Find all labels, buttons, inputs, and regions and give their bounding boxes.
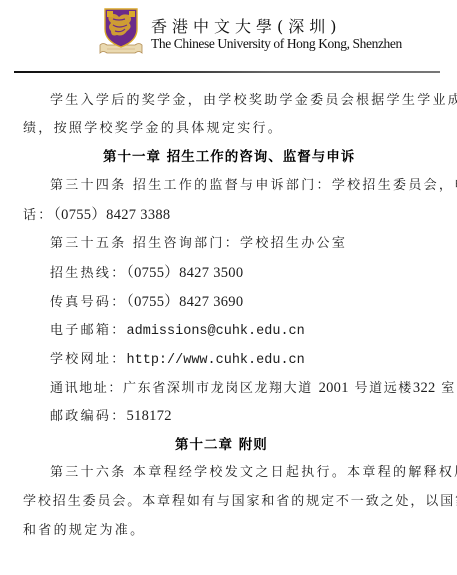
- article-34-line: 第三十四条 招生工作的监督与申诉部门：学校招生委员会，电: [50, 177, 457, 195]
- email-value: admissions@cuhk.edu.cn: [127, 324, 305, 339]
- address-row: 通讯地址：广东省深圳市龙岗区龙翔大道 2001 号道远楼322 室: [50, 379, 456, 398]
- address-text: 广东省深圳市龙岗区龙翔大道: [123, 381, 313, 396]
- phone-value: （0755）8427 3388: [54, 207, 171, 223]
- article-36-line: 第三十六条 本章程经学校发文之日起执行。本章程的解释权属: [50, 464, 457, 482]
- hotline-label: 招生热线：: [50, 266, 127, 281]
- website-row: 学校网址：http://www.cuhk.edu.cn: [50, 351, 305, 370]
- chapter-11-heading: 第十一章 招生工作的咨询、监督与申诉: [103, 148, 355, 166]
- article-36-line: 和省的规定为准。: [23, 522, 145, 540]
- paragraph-line: 绩，按照学校奖学金的具体规定实行。: [23, 120, 283, 138]
- article-36-line: 学校招生委员会。本章程如有与国家和省的规定不一致之处，以国家: [23, 493, 457, 511]
- address-text: 室: [441, 381, 456, 396]
- fax-label: 传真号码：: [50, 295, 127, 310]
- cuhk-crest-icon: [99, 7, 143, 57]
- hotline-row: 招生热线：（0755）8427 3500: [50, 264, 243, 283]
- paragraph-line: 学生入学后的奖学金，由学校奖助学金委员会根据学生学业成: [50, 92, 457, 110]
- address-label: 通讯地址：: [50, 381, 123, 396]
- postcode-row: 邮政编码：518172: [50, 407, 172, 426]
- address-text: 号道远楼: [355, 381, 413, 396]
- article-34-phone: 话：（0755）8427 3388: [23, 206, 170, 225]
- website-label: 学校网址：: [50, 352, 127, 367]
- email-row: 电子邮箱：admissions@cuhk.edu.cn: [50, 322, 305, 341]
- email-label: 电子邮箱：: [50, 323, 127, 338]
- address-number: 2001: [319, 380, 349, 396]
- phone-label: 话：: [23, 208, 54, 223]
- website-value: http://www.cuhk.edu.cn: [127, 353, 305, 368]
- room-number: 322: [413, 380, 436, 396]
- postcode-label: 邮政编码：: [50, 409, 127, 424]
- postcode-value: 518172: [127, 408, 172, 424]
- fax-row: 传真号码：（0755）8427 3690: [50, 293, 243, 312]
- university-name-english: The Chinese University of Hong Kong, She…: [151, 36, 402, 52]
- document-header: 香港中文大學(深圳) The Chinese University of Hon…: [0, 0, 457, 72]
- university-name-chinese: 香港中文大學(深圳): [151, 14, 342, 37]
- header-divider: [14, 71, 440, 73]
- hotline-value: （0755）8427 3500: [127, 265, 244, 281]
- chapter-12-heading: 第十二章 附则: [175, 436, 268, 454]
- article-35-line: 第三十五条 招生咨询部门：学校招生办公室: [50, 235, 347, 253]
- fax-value: （0755）8427 3690: [127, 294, 244, 310]
